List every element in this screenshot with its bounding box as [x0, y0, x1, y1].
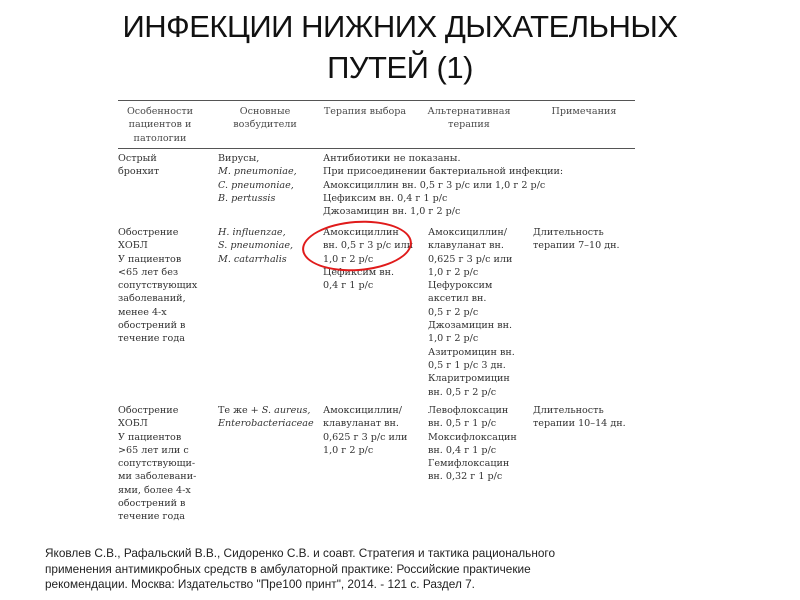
column-header-line: Особенности [100, 105, 220, 118]
cell-line: Те же + S. aureus, [218, 404, 314, 417]
table-cell-alternative: Амоксициллин/клавуланат вн.0,625 г 3 р/с… [428, 226, 515, 399]
cell-line: Гемифлоксацин [428, 457, 517, 470]
cell-line: течение года [118, 510, 196, 523]
cell-line: Обострение [118, 404, 196, 417]
table-cell-alternative: Левофлоксацинвн. 0,5 г 1 р/сМоксифлоксац… [428, 404, 517, 484]
table-cell-patients: ОбострениеХОБЛУ пациентов>65 лет или ссо… [118, 404, 196, 524]
reference-line: рекомендации. Москва: Издательство "Пре1… [45, 577, 665, 593]
cell-line: течение года [118, 332, 197, 345]
column-header-line: Альтернативная [409, 105, 529, 118]
table-cell-notes: Длительностьтерапии 7–10 дн. [533, 226, 620, 253]
reference-line: Яковлев С.В., Рафальский В.В., Сидоренко… [45, 546, 665, 562]
slide-title-line-1: ИНФЕКЦИИ НИЖНИХ ДЫХАТЕЛЬНЫХ [0, 6, 800, 47]
cell-line: >65 лет или с [118, 444, 196, 457]
cell-line: бронхит [118, 165, 159, 178]
cell-line: C. pneumoniae, [218, 179, 297, 192]
cell-line: Амоксициллин/ [323, 404, 407, 417]
cell-line: обострений в [118, 319, 197, 332]
cell-line: Джозамицин вн. 1,0 г 2 р/с [323, 205, 563, 218]
table-cell-patients: Острыйбронхит [118, 152, 159, 179]
cell-line: M. catarrhalis [218, 253, 293, 266]
cell-line: Длительность [533, 226, 620, 239]
reference-line: применения антимикробных средств в амбул… [45, 562, 665, 578]
table-cell-pathogens: Вирусы,M. pneumoniae,C. pneumoniae,B. pe… [218, 152, 297, 205]
cell-line: 0,4 г 1 р/с [323, 279, 413, 292]
cell-line: клавуланат вн. [323, 417, 407, 430]
cell-line: Левофлоксацин [428, 404, 517, 417]
table-cell-pathogens: H. influenzae,S. pneumoniae,M. catarrhal… [218, 226, 293, 266]
cell-line: При присоединении бактериальной инфекции… [323, 165, 563, 178]
cell-line: M. pneumoniae, [218, 165, 297, 178]
cell-line: B. pertussis [218, 192, 297, 205]
cell-line: вн. 0,5 г 1 р/с [428, 417, 517, 430]
cell-line: клавуланат вн. [428, 239, 515, 252]
cell-line: У пациентов [118, 431, 196, 444]
table-cell-pathogens: Те же + S. aureus,Enterobacteriaceae [218, 404, 314, 431]
cell-line: ми заболевани- [118, 470, 196, 483]
cell-line: Обострение [118, 226, 197, 239]
reference-citation: Яковлев С.В., Рафальский В.В., Сидоренко… [45, 546, 665, 593]
cell-line: обострений в [118, 497, 196, 510]
cell-line: Амоксициллин/ [428, 226, 515, 239]
cell-line: 0,5 г 1 р/с 3 дн. [428, 359, 515, 372]
cell-line: аксетил вн. [428, 292, 515, 305]
column-header-line: Терапия выбора [305, 105, 425, 118]
table-cell-therapy: Амоксициллин/клавуланат вн.0,625 г 3 р/с… [323, 404, 407, 457]
cell-line: 1,0 г 2 р/с [428, 332, 515, 345]
cell-line: Острый [118, 152, 159, 165]
column-header-line: Примечания [524, 105, 644, 118]
cell-line: Амоксициллин вн. 0,5 г 3 р/с или 1,0 г 2… [323, 179, 563, 192]
column-header-line: терапия [409, 118, 529, 131]
column-header: Особенностипациентов ипатологии [100, 105, 220, 145]
cell-line: S. pneumoniae, [218, 239, 293, 252]
table-cell-patients: ОбострениеХОБЛУ пациентов<65 лет безсопу… [118, 226, 197, 346]
cell-line: 0,625 г 3 р/с или [428, 253, 515, 266]
cell-line: Моксифлоксацин [428, 431, 517, 444]
cell-line: ХОБЛ [118, 239, 197, 252]
table-header-rule [118, 148, 635, 149]
cell-line: H. influenzae, [218, 226, 293, 239]
cell-line: терапии 10–14 дн. [533, 417, 626, 430]
cell-line: терапии 7–10 дн. [533, 239, 620, 252]
column-header-line: возбудители [205, 118, 325, 131]
cell-line: 1,0 г 2 р/с [323, 444, 407, 457]
cell-line: заболеваний, [118, 292, 197, 305]
cell-line: вн. 0,5 г 2 р/с [428, 386, 515, 399]
cell-line: Enterobacteriaceae [218, 417, 314, 430]
column-header: Альтернативнаятерапия [409, 105, 529, 132]
cell-line: Кларитромицин [428, 372, 515, 385]
cell-line: 0,625 г 3 р/с или [323, 431, 407, 444]
slide-title-line-2: ПУТЕЙ (1) [0, 47, 800, 88]
cell-line: вн. 0,32 г 1 р/с [428, 470, 517, 483]
cell-line: Длительность [533, 404, 626, 417]
cell-line: менее 4-х [118, 306, 197, 319]
cell-line: вн. 0,4 г 1 р/с [428, 444, 517, 457]
cell-line: Цефуроксим [428, 279, 515, 292]
column-header-line: пациентов и [100, 118, 220, 131]
cell-line: 0,5 г 2 р/с [428, 306, 515, 319]
cell-line: 1,0 г 2 р/с [428, 266, 515, 279]
column-header: Примечания [524, 105, 644, 118]
cell-line: ХОБЛ [118, 417, 196, 430]
table-cell-notes: Длительностьтерапии 10–14 дн. [533, 404, 626, 431]
cell-line: Антибиотики не показаны. [323, 152, 563, 165]
column-header-line: патологии [100, 132, 220, 145]
cell-line: сопутствующи- [118, 457, 196, 470]
column-header: Терапия выбора [305, 105, 425, 118]
slide-title: ИНФЕКЦИИ НИЖНИХ ДЫХАТЕЛЬНЫХ ПУТЕЙ (1) [0, 6, 800, 88]
cell-line: Джозамицин вн. [428, 319, 515, 332]
cell-line: У пациентов [118, 253, 197, 266]
cell-line: Вирусы, [218, 152, 297, 165]
cell-line: <65 лет без [118, 266, 197, 279]
cell-line: Азитромицин вн. [428, 346, 515, 359]
cell-line: сопутствующих [118, 279, 197, 292]
table-top-rule [118, 100, 635, 101]
table-cell-therapy: Антибиотики не показаны.При присоединени… [323, 152, 563, 218]
cell-line: Цефиксим вн. 0,4 г 1 р/с [323, 192, 563, 205]
cell-line: ями, более 4-х [118, 484, 196, 497]
